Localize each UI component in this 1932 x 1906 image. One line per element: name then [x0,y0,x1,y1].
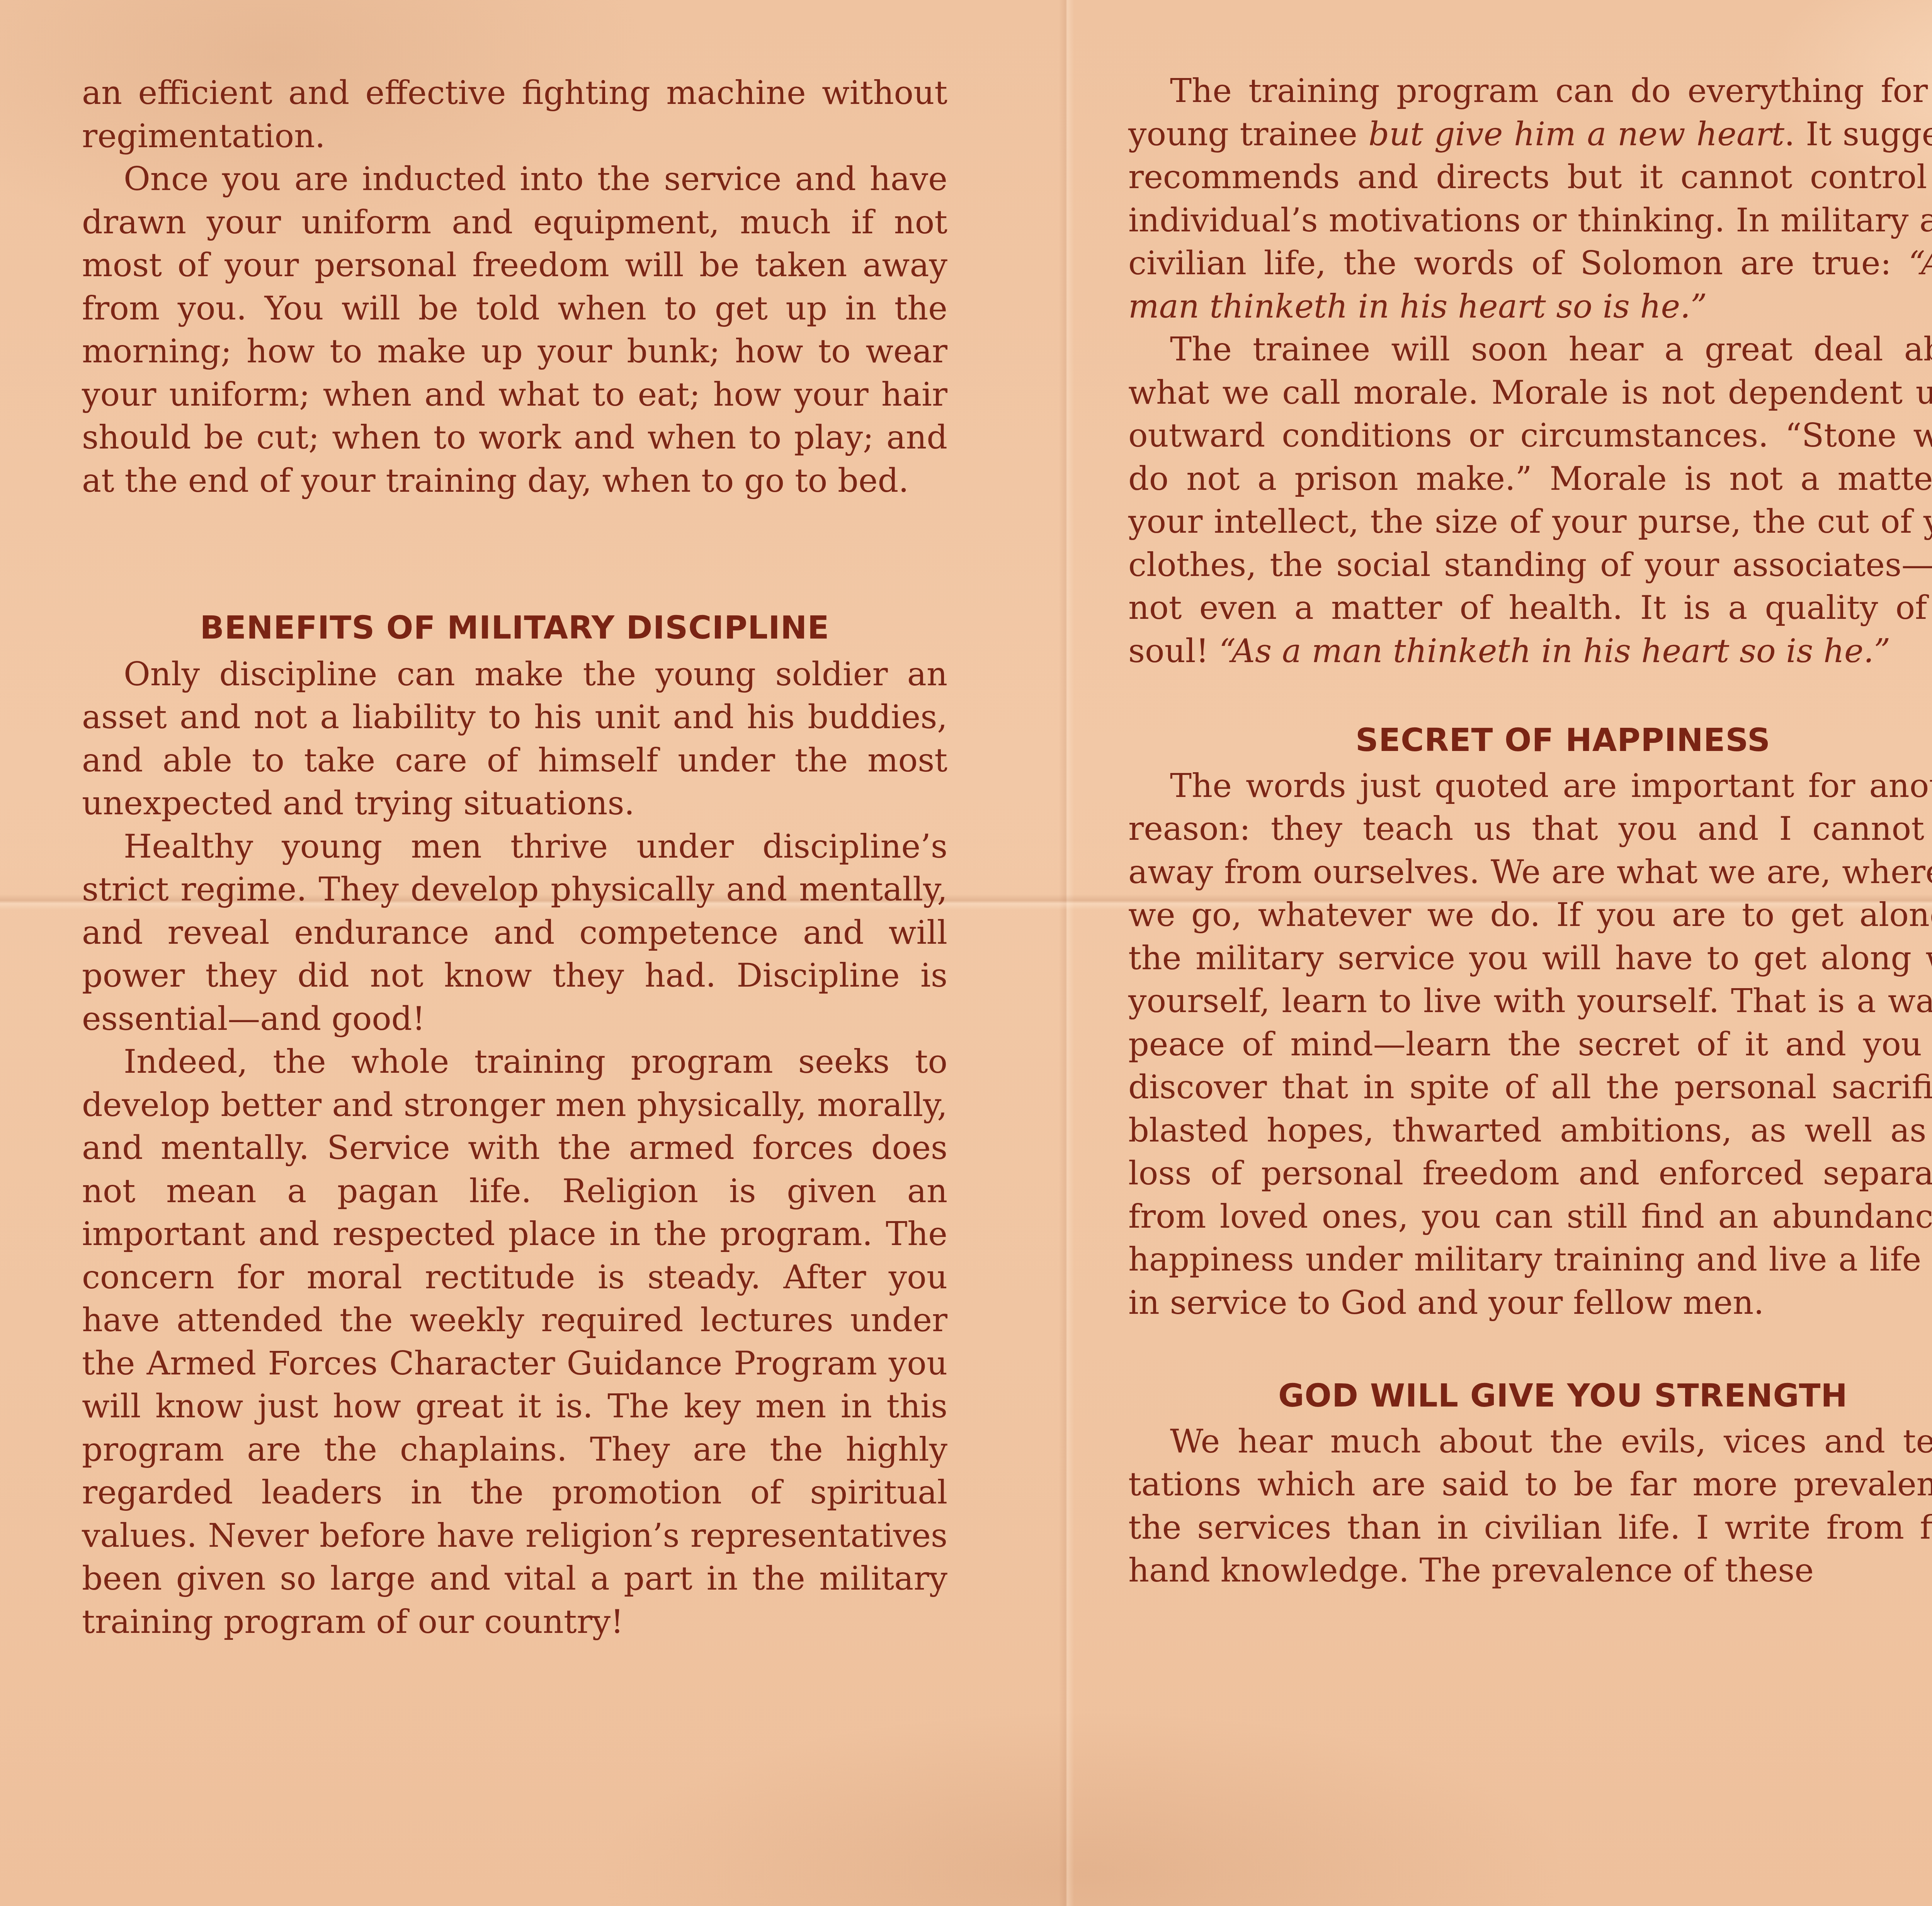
center-fold-crease [1059,0,1074,1906]
left-page-column: an efficient and effective fighting mach… [82,0,947,1643]
section-heading-strength: GOD WILL GIVE YOU STRENGTH [1128,1374,1932,1418]
morale-paragraph: The trainee will soon hear a great deal … [1128,328,1932,673]
morale-quote: “As a man thinketh in his heart so is he… [1219,632,1890,670]
section-heading-happiness: SECRET OF HAPPINESS [1128,719,1932,762]
booklet-page-spread: an efficient and effective fighting mach… [0,0,1932,1906]
benefits-paragraph-3: Indeed, the whole training program seeks… [82,1040,947,1643]
right-page-column: The training program can do everything f… [1128,0,1932,1592]
benefits-paragraph-2: Healthy young men thrive under disciplin… [82,825,947,1041]
strength-paragraph: We hear much about the evils, vices and … [1128,1420,1932,1592]
morale-text: The trainee will soon hear a great deal … [1128,330,1932,670]
section-heading-benefits: BENEFITS OF MILITARY DISCIPLINE [82,606,947,650]
benefits-paragraph-1: Only discipline can make the young soldi… [82,653,947,825]
happiness-paragraph: The words just quoted are important for … [1128,764,1932,1325]
induction-paragraph: Once you are inducted into the service a… [82,158,947,502]
italic-emphasis: but give him a new heart [1369,115,1785,153]
training-program-paragraph: The training program can do everything f… [1128,70,1932,328]
intro-continuation-text: an efficient and effective fighting mach… [82,71,947,158]
